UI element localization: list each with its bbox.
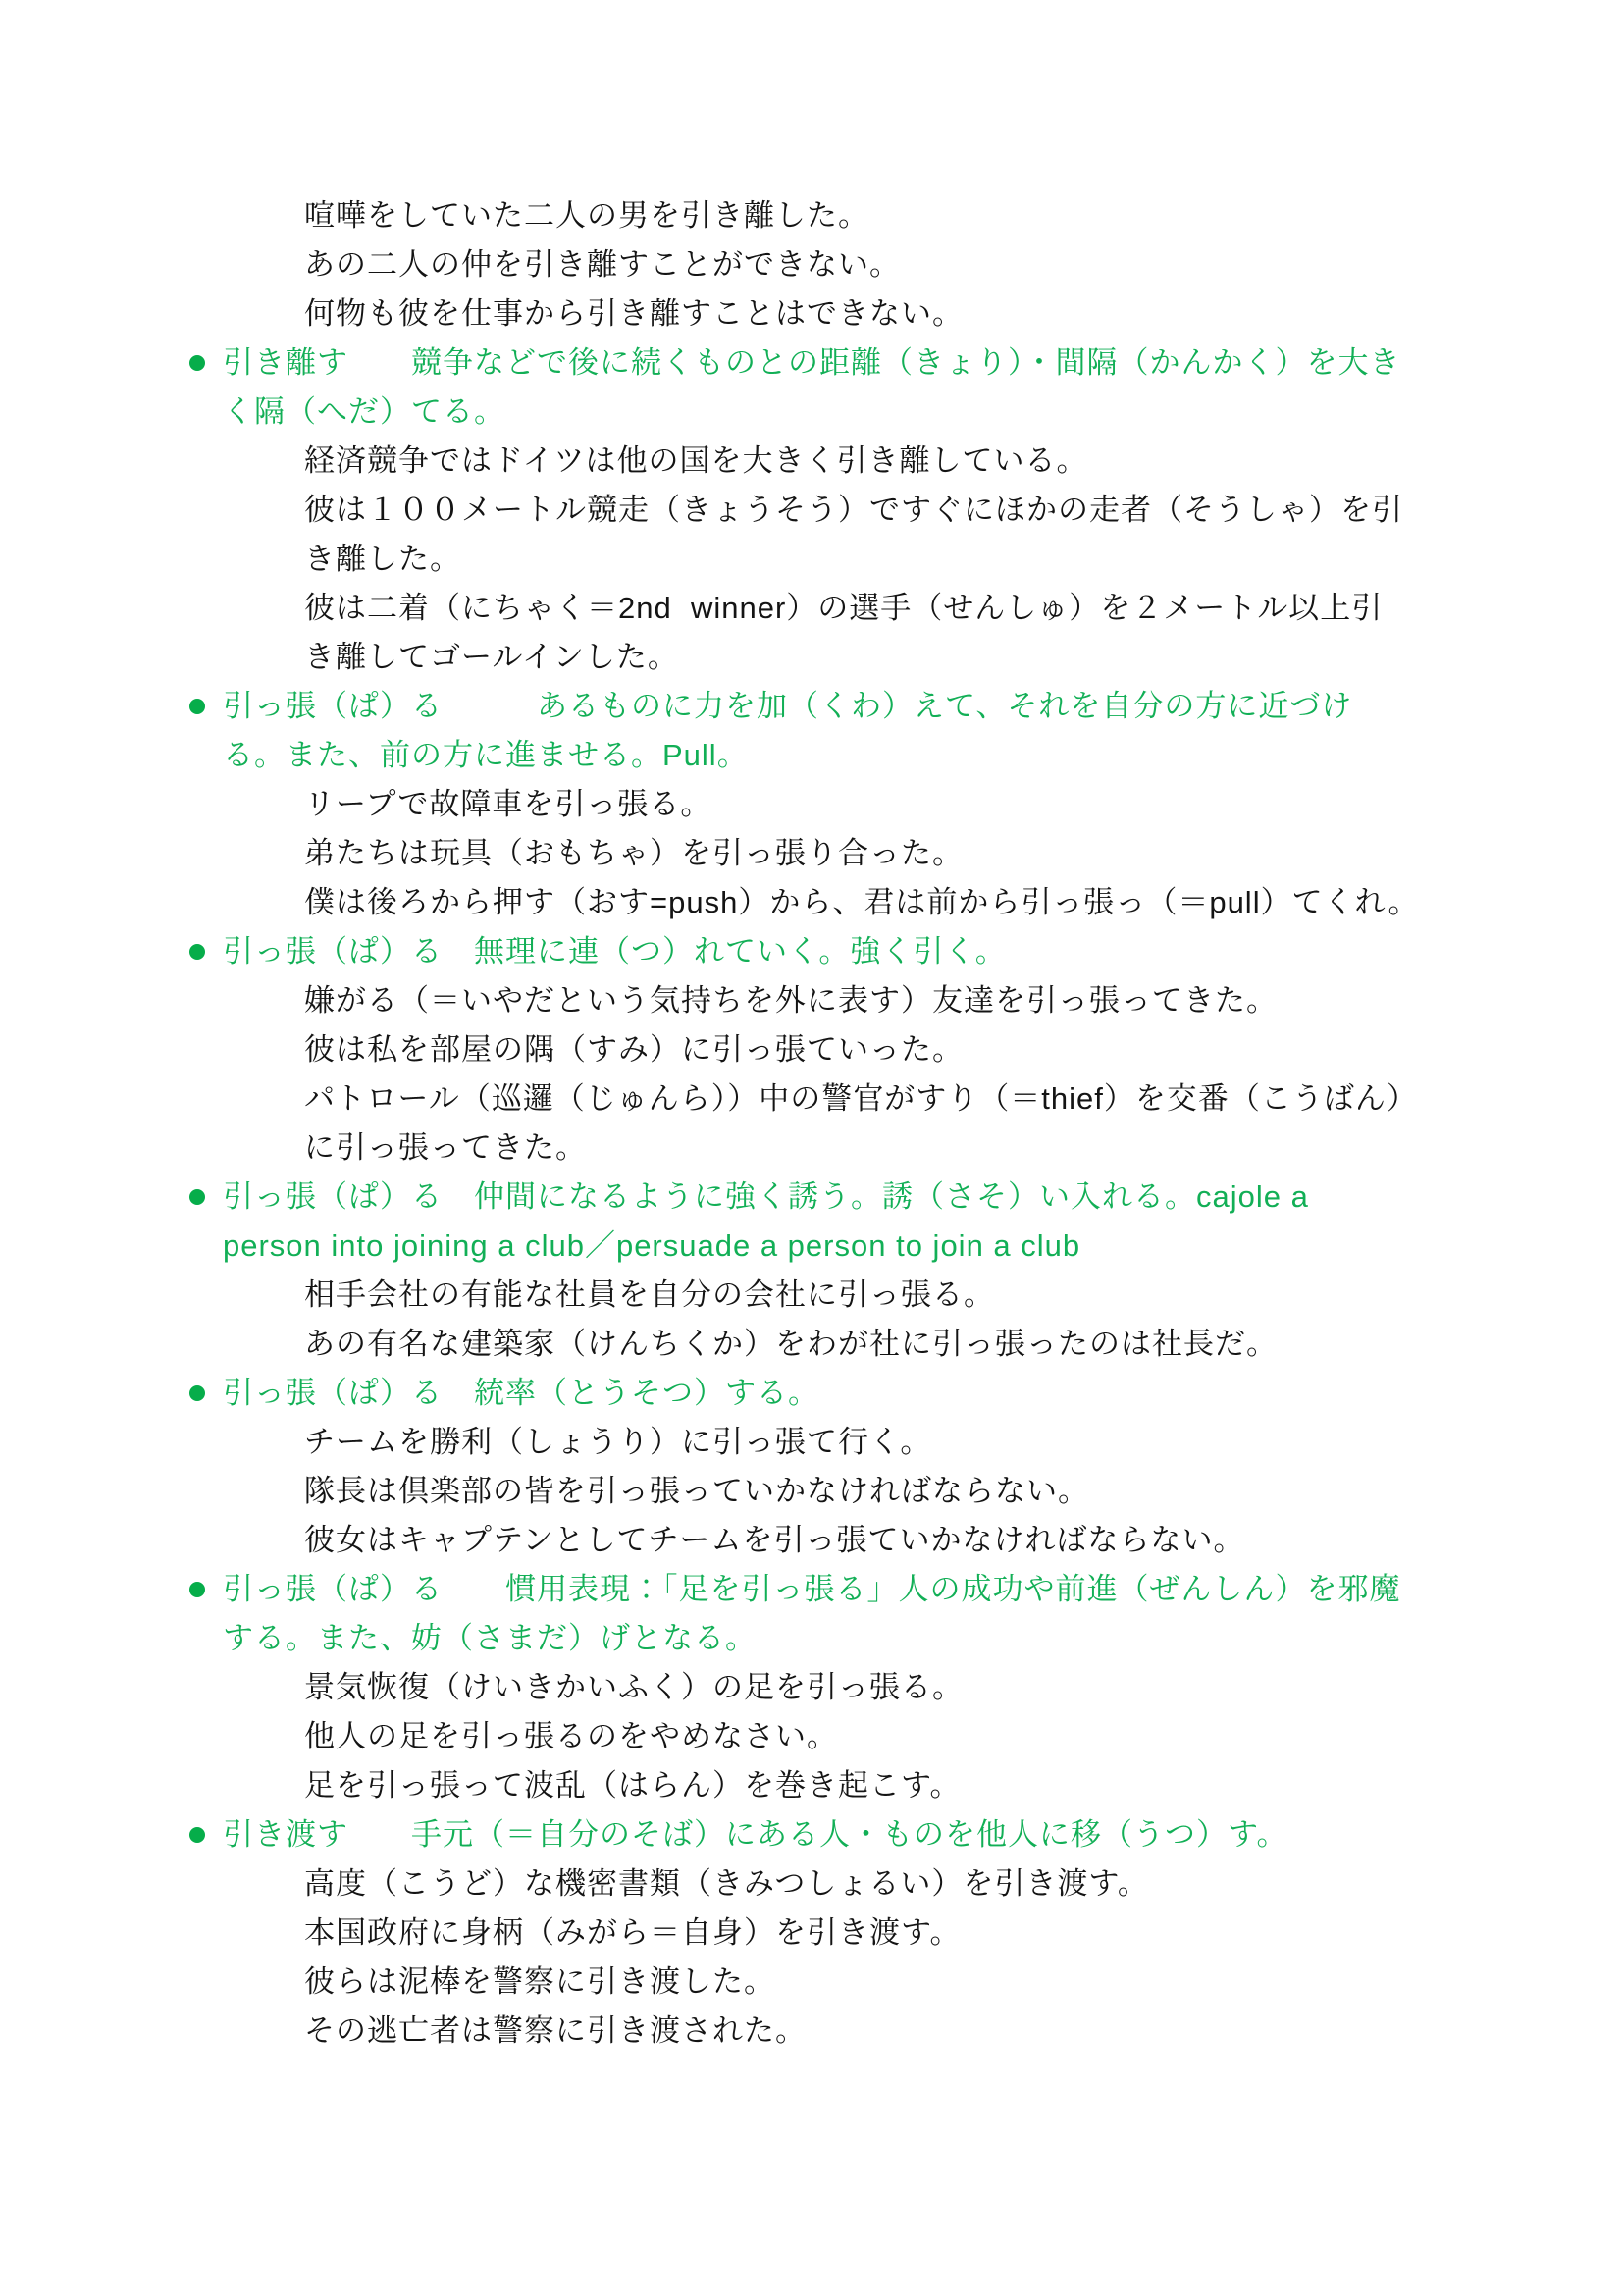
line-text: 彼は私を部屋の隅（すみ）に引っ張ていった。 bbox=[304, 1032, 964, 1067]
example-sentence: 景気恢復（けいきかいふく）の足を引っ張る。 bbox=[0, 1663, 1624, 1712]
example-sentence: あの有名な建築家（けんちくか）をわが社に引っ張ったのは社長だ。 bbox=[0, 1320, 1624, 1369]
entry-definition-continuation: く隔（へだ）てる。 bbox=[0, 388, 1624, 437]
entry-headword-line: 引っ張（ぱ）る あるものに力を加（くわ）えて、それを自分の方に近づけ bbox=[0, 682, 1624, 731]
line-text: き離した。 bbox=[304, 542, 461, 576]
line-text: あの有名な建築家（けんちくか）をわが社に引っ張ったのは社長だ。 bbox=[304, 1327, 1278, 1361]
line-text: 他人の足を引っ張るのをやめなさい。 bbox=[304, 1719, 838, 1753]
line-text: 隊長は倶楽部の皆を引っ張っていかなければならない。 bbox=[304, 1474, 1089, 1508]
example-sentence: 足を引っ張って波乱（はらん）を巻き起こす。 bbox=[0, 1761, 1624, 1810]
line-text: 引っ張（ぱ）る 統率（とうそつ）する。 bbox=[223, 1376, 819, 1410]
bullet-icon bbox=[189, 699, 205, 714]
example-sentence: リープで故障車を引っ張る。 bbox=[0, 780, 1624, 829]
entry-definition-continuation: る。また、前の方に進ませる。Pull。 bbox=[0, 731, 1624, 780]
line-text: パトロール（巡邏（じゅんら））中の警官がすり（＝thief）を交番（こうばん） bbox=[304, 1081, 1418, 1116]
line-text: 相手会社の有能な社員を自分の会社に引っ張る。 bbox=[304, 1278, 995, 1312]
entry-headword-line: 引っ張（ぱ）る 無理に連（つ）れていく。強く引く。 bbox=[0, 927, 1624, 976]
entry-definition-continuation: person into joining a club／persuade a pe… bbox=[0, 1222, 1624, 1271]
example-sentence: 本国政府に身柄（みがら＝自身）を引き渡す。 bbox=[0, 1908, 1624, 1957]
line-text: 弟たちは玩具（おもちゃ）を引っ張り合った。 bbox=[304, 836, 964, 870]
entry-definition-continuation: する。また、妨（さまだ）げとなる。 bbox=[0, 1614, 1624, 1663]
document-page: 喧嘩をしていた二人の男を引き離した。あの二人の仲を引き離すことができない。何物も… bbox=[0, 0, 1624, 2296]
line-text: リープで故障車を引っ張る。 bbox=[304, 787, 711, 821]
example-sentence: 相手会社の有能な社員を自分の会社に引っ張る。 bbox=[0, 1271, 1624, 1320]
example-sentence: 彼らは泥棒を警察に引き渡した。 bbox=[0, 1957, 1624, 2007]
line-text: 本国政府に身柄（みがら＝自身）を引き渡す。 bbox=[304, 1915, 962, 1950]
bullet-icon bbox=[189, 1582, 205, 1597]
line-text: 足を引っ張って波乱（はらん）を巻き起こす。 bbox=[304, 1768, 962, 1802]
bullet-icon bbox=[189, 1385, 205, 1401]
example-sentence: に引っ張ってきた。 bbox=[0, 1123, 1624, 1173]
example-sentence: 彼は私を部屋の隅（すみ）に引っ張ていった。 bbox=[0, 1025, 1624, 1074]
line-text: 景気恢復（けいきかいふく）の足を引っ張る。 bbox=[304, 1670, 964, 1704]
example-sentence: 僕は後ろから押す（おす=push）から、君は前から引っ張っ（＝pull）てくれ。 bbox=[0, 878, 1624, 927]
line-text: く隔（へだ）てる。 bbox=[223, 394, 505, 429]
example-sentence: 何物も彼を仕事から引き離すことはできない。 bbox=[0, 289, 1624, 339]
example-sentence: あの二人の仲を引き離すことができない。 bbox=[0, 240, 1624, 289]
bullet-icon bbox=[189, 1189, 205, 1205]
line-text: 何物も彼を仕事から引き離すことはできない。 bbox=[304, 296, 964, 331]
example-sentence: 高度（こうど）な機密書類（きみつしょるい）を引き渡す。 bbox=[0, 1859, 1624, 1908]
line-text: る。また、前の方に進ませる。Pull。 bbox=[223, 738, 749, 772]
line-text: 高度（こうど）な機密書類（きみつしょるい）を引き渡す。 bbox=[304, 1866, 1149, 1901]
line-text: 経済競争ではドイツは他の国を大きく引き離している。 bbox=[304, 444, 1087, 478]
line-text: 嫌がる（＝いやだという気持ちを外に表す）友達を引っ張ってきた。 bbox=[304, 983, 1278, 1018]
bullet-icon bbox=[189, 1827, 205, 1843]
line-text: 彼女はキャプテンとしてチームを引っ張ていかなければならない。 bbox=[304, 1523, 1244, 1557]
line-text: 引っ張（ぱ）る 仲間になるように強く誘う。誘（さそ）い入れる。cajole a bbox=[223, 1179, 1309, 1214]
entry-headword-line: 引っ張（ぱ）る 統率（とうそつ）する。 bbox=[0, 1369, 1624, 1418]
example-sentence: パトロール（巡邏（じゅんら））中の警官がすり（＝thief）を交番（こうばん） bbox=[0, 1074, 1624, 1123]
example-sentence: き離した。 bbox=[0, 535, 1624, 584]
line-text: 彼らは泥棒を警察に引き渡した。 bbox=[304, 1964, 775, 1999]
line-text: 彼は二着（にちゃく＝2nd winner）の選手（せんしゅ）を２メートル以上引 bbox=[304, 591, 1383, 625]
line-text: あの二人の仲を引き離すことができない。 bbox=[304, 247, 901, 282]
line-text: に引っ張ってきた。 bbox=[304, 1130, 587, 1165]
line-text: き離してゴールインした。 bbox=[304, 640, 679, 674]
line-text: 引っ張（ぱ）る 無理に連（つ）れていく。強く引く。 bbox=[223, 934, 1007, 968]
line-text: 引っ張（ぱ）る あるものに力を加（くわ）えて、それを自分の方に近づけ bbox=[223, 689, 1352, 723]
example-sentence: 隊長は倶楽部の皆を引っ張っていかなければならない。 bbox=[0, 1467, 1624, 1516]
line-text: その逃亡者は警察に引き渡された。 bbox=[304, 2013, 807, 2048]
example-sentence: 彼は１００メートル競走（きょうそう）ですぐにほかの走者（そうしゃ）を引 bbox=[0, 486, 1624, 535]
example-sentence: 経済競争ではドイツは他の国を大きく引き離している。 bbox=[0, 437, 1624, 486]
entry-headword-line: 引っ張（ぱ）る 慣用表現：「足を引っ張る」人の成功や前進（ぜんしん）を邪魔 bbox=[0, 1565, 1624, 1614]
example-sentence: 彼女はキャプテンとしてチームを引っ張ていかなければならない。 bbox=[0, 1516, 1624, 1565]
example-sentence: 他人の足を引っ張るのをやめなさい。 bbox=[0, 1712, 1624, 1761]
entry-headword-line: 引き渡す 手元（＝自分のそば）にある人・ものを他人に移（うつ）す。 bbox=[0, 1810, 1624, 1859]
example-sentence: き離してゴールインした。 bbox=[0, 633, 1624, 682]
line-text: 引き渡す 手元（＝自分のそば）にある人・ものを他人に移（うつ）す。 bbox=[223, 1817, 1288, 1852]
line-text: 彼は１００メートル競走（きょうそう）ですぐにほかの走者（そうしゃ）を引 bbox=[304, 493, 1403, 527]
line-text: チームを勝利（しょうり）に引っ張て行く。 bbox=[304, 1425, 931, 1459]
example-sentence: 嫌がる（＝いやだという気持ちを外に表す）友達を引っ張ってきた。 bbox=[0, 976, 1624, 1025]
line-text: 引き離す 競争などで後に続くものとの距離（きょり）・間隔（かんかく）を大き bbox=[223, 345, 1401, 380]
example-sentence: 喧嘩をしていた二人の男を引き離した。 bbox=[0, 191, 1624, 240]
line-text: 喧嘩をしていた二人の男を引き離した。 bbox=[304, 198, 869, 233]
example-sentence: チームを勝利（しょうり）に引っ張て行く。 bbox=[0, 1418, 1624, 1467]
entry-headword-line: 引っ張（ぱ）る 仲間になるように強く誘う。誘（さそ）い入れる。cajole a bbox=[0, 1173, 1624, 1222]
line-text: person into joining a club／persuade a pe… bbox=[223, 1228, 1080, 1263]
line-text: する。また、妨（さまだ）げとなる。 bbox=[223, 1621, 757, 1655]
bullet-icon bbox=[189, 944, 205, 960]
example-sentence: 弟たちは玩具（おもちゃ）を引っ張り合った。 bbox=[0, 829, 1624, 878]
bullet-icon bbox=[189, 355, 205, 371]
line-text: 僕は後ろから押す（おす=push）から、君は前から引っ張っ（＝pull）てくれ。 bbox=[304, 885, 1419, 919]
entry-headword-line: 引き離す 競争などで後に続くものとの距離（きょり）・間隔（かんかく）を大き bbox=[0, 339, 1624, 388]
dictionary-entries: 喧嘩をしていた二人の男を引き離した。あの二人の仲を引き離すことができない。何物も… bbox=[0, 191, 1624, 2056]
line-text: 引っ張（ぱ）る 慣用表現：「足を引っ張る」人の成功や前進（ぜんしん）を邪魔 bbox=[223, 1572, 1401, 1606]
example-sentence: その逃亡者は警察に引き渡された。 bbox=[0, 2007, 1624, 2056]
example-sentence: 彼は二着（にちゃく＝2nd winner）の選手（せんしゅ）を２メートル以上引 bbox=[0, 584, 1624, 633]
